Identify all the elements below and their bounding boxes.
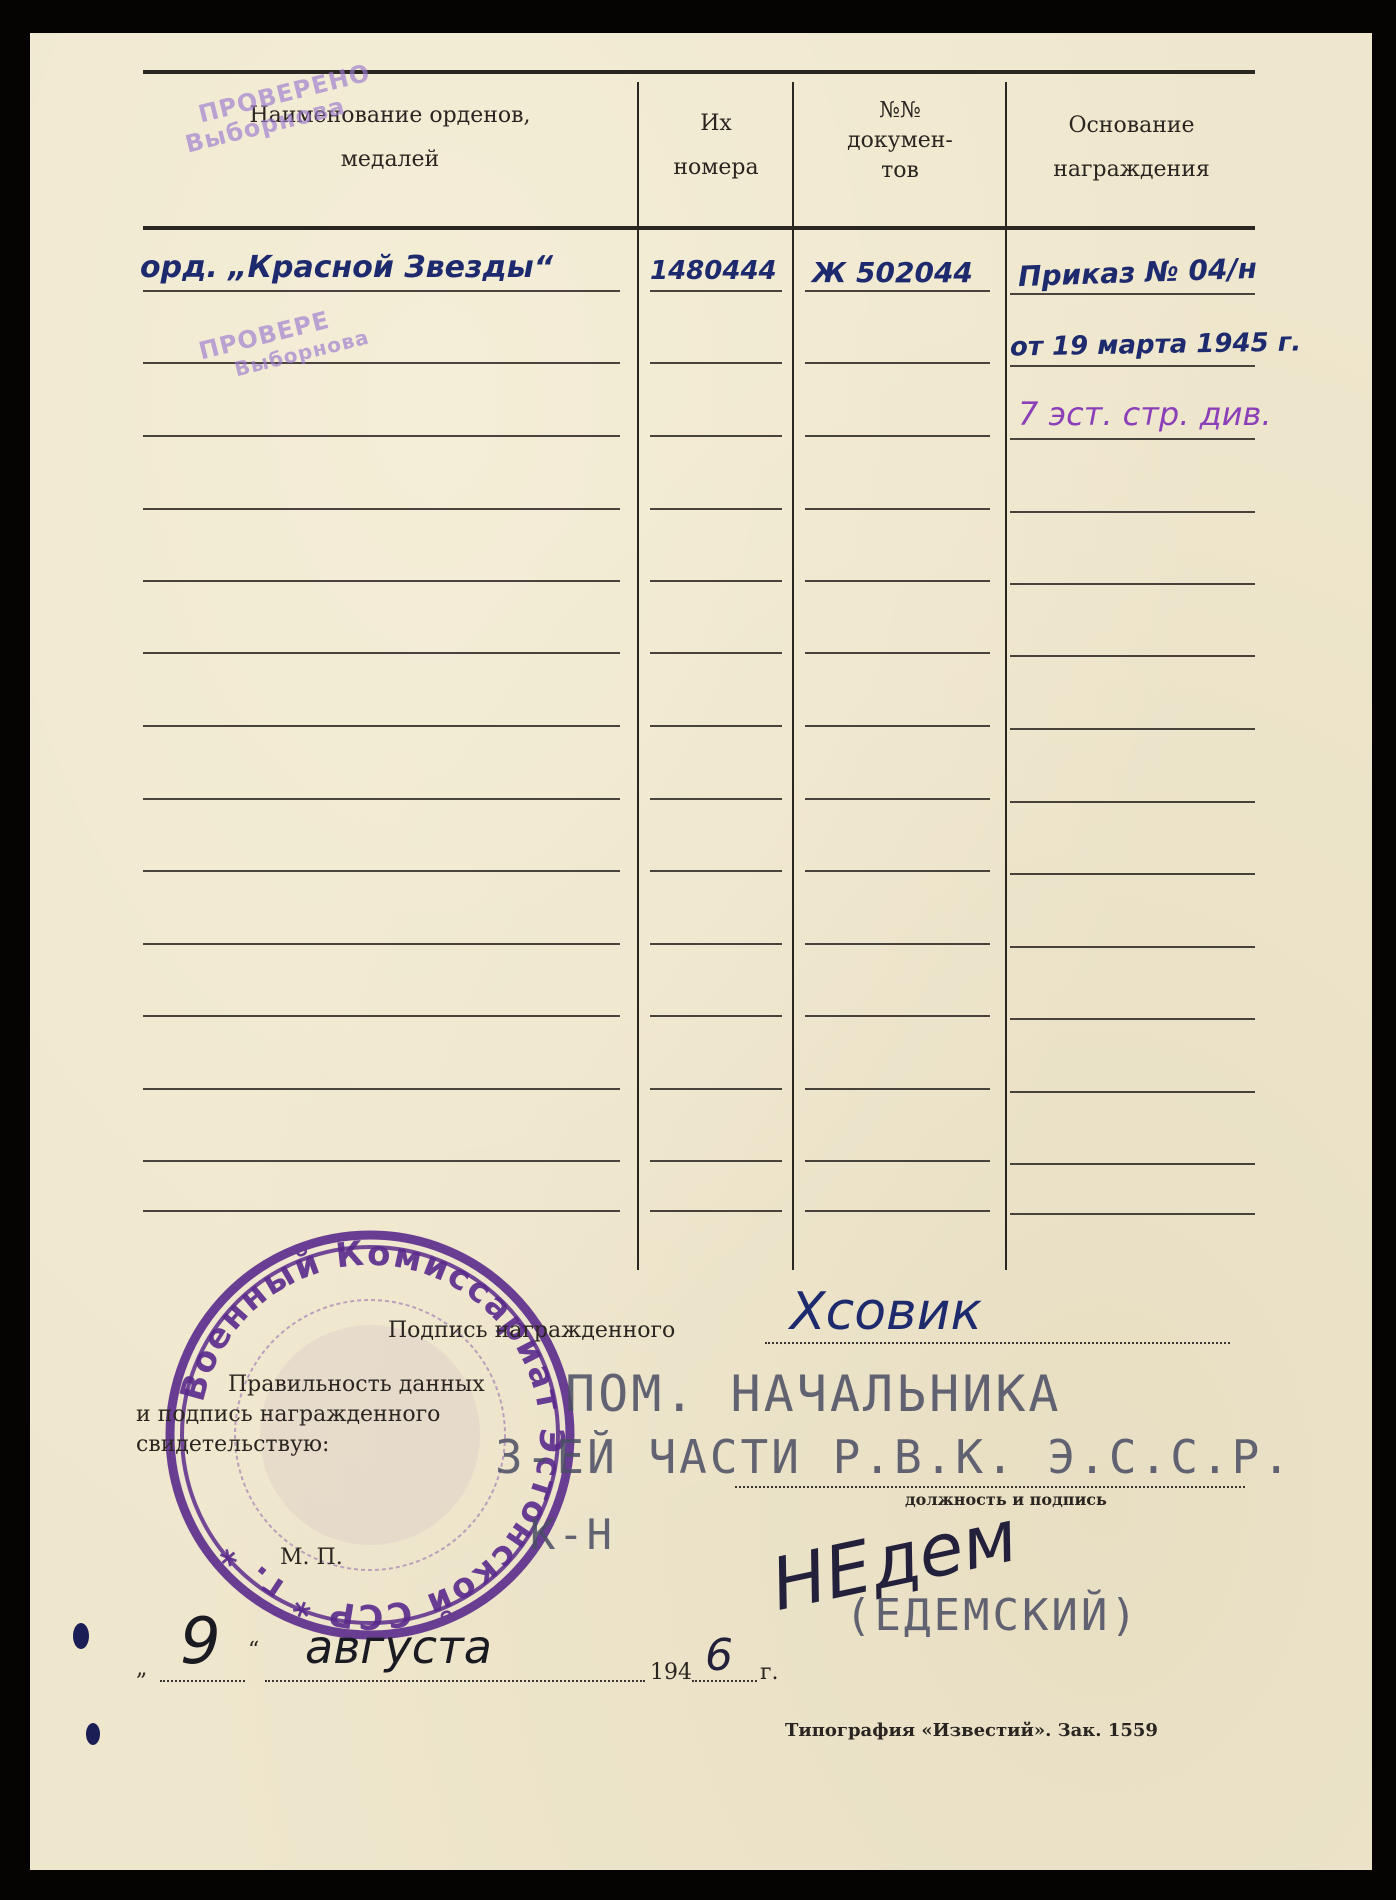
table-row-line [805,798,990,800]
table-row-line [143,1088,620,1090]
table-row-line [805,290,990,292]
table-row-line [143,870,620,872]
table-row-line [650,652,782,654]
date-year-end: г. [760,1660,779,1685]
table-row-line [1010,873,1255,875]
table-row-line [805,362,990,364]
table-row-line [1010,1163,1255,1165]
table-row-line [650,725,782,727]
table-row-line [805,870,990,872]
table-row-line [805,1210,990,1212]
table-row-line [650,943,782,945]
table-row-line [805,1088,990,1090]
date-month-line [265,1680,645,1682]
table-row-line [1010,1091,1255,1093]
table-row-line [143,580,620,582]
table-row-line [650,580,782,582]
table-row-line [650,290,782,292]
table-row-line [1010,583,1255,585]
header-award-numbers-line1: Их [640,108,792,140]
ink-blot [86,1723,100,1745]
header-award-numbers-line2: номера [640,152,792,184]
header-award-basis-line2: награждения [1008,154,1255,186]
recipient-signature-line [765,1342,1230,1344]
column-divider-1 [637,82,639,1270]
table-row-line [143,943,620,945]
table-row-line [1010,438,1255,440]
date-year-suffix: 6 [705,1630,733,1681]
date-open-quote: „ [136,1656,147,1681]
table-row-line [805,943,990,945]
recipient-signature: Хсовик [790,1282,982,1342]
table-row-line [805,1160,990,1162]
typed-official-name: (ЕДЕМСКИЙ) [845,1590,1140,1641]
recipient-signature-label: Подпись награжденного [388,1318,675,1343]
typed-rank: К-Н [530,1510,615,1559]
date-day-line [160,1680,245,1682]
table-row-line [143,1015,620,1017]
printer-imprint: Типография «Известий». Зак. 1559 [785,1720,1158,1741]
table-row-line [143,508,620,510]
certify-text-line2: и подпись награжденного [136,1402,440,1427]
table-row-line [650,1015,782,1017]
header-document-numbers-line3: тов [795,156,1005,186]
table-row-line [1010,511,1255,513]
position-signature-line [735,1486,1245,1488]
date-day: 9 [180,1605,221,1679]
table-row-line [1010,1018,1255,1020]
column-divider-2 [792,82,794,1270]
table-row-line [143,652,620,654]
table-row-line [805,1015,990,1017]
table-row-line [1010,728,1255,730]
table-row-line [650,508,782,510]
typed-position-line2: 3-ЕЙ ЧАСТИ Р.В.К. Э.С.С.Р. [495,1430,1293,1484]
table-row-line [805,508,990,510]
table-row-line [805,580,990,582]
table-row-line [650,362,782,364]
column-divider-3 [1005,82,1007,1270]
header-award-basis-line1: Основание [1008,110,1255,142]
seal-place-label: М. П. [280,1545,343,1570]
header-award-basis: Основание награждения [1008,110,1255,186]
typed-position-line1: ПОМ. НАЧАЛЬНИКА [565,1365,1062,1423]
table-row-line [1010,365,1255,367]
ink-blot [73,1623,89,1649]
certify-text-line1: Правильность данных [228,1372,485,1397]
award-basis-line2: от 19 марта 1945 г. [1010,327,1302,362]
table-row-line [1010,801,1255,803]
award-basis-line3: 7 эст. стр. див. [1018,395,1272,433]
table-row-line [805,652,990,654]
header-document-numbers: №№ докумен- тов [795,96,1005,186]
table-row-line [143,725,620,727]
award-number-cell: 1480444 [650,256,777,286]
date-close-quote: “ [248,1638,259,1663]
table-row-line [650,870,782,872]
table-row-line [805,725,990,727]
table-row-line [143,435,620,437]
date-year-prefix: 194 [650,1660,692,1685]
document-number-cell: Ж 502044 [812,256,973,289]
table-row-line [805,435,990,437]
table-row-line [143,1210,620,1212]
certify-text-line3: свидетельствую: [136,1432,329,1457]
table-row-line [1010,293,1255,295]
table-row-line [1010,1213,1255,1215]
table-row-line [650,435,782,437]
table-row-line [650,1210,782,1212]
award-name-cell: орд. „Красной Звезды“ [140,250,553,285]
table-row-line [1010,946,1255,948]
table-row-line [143,798,620,800]
table-row-line [650,798,782,800]
table-row-line [1010,655,1255,657]
date-month: августа [305,1620,492,1674]
header-document-numbers-line2: докумен- [795,126,1005,156]
table-row-line [650,1160,782,1162]
table-header-bottom-rule [143,226,1255,230]
header-document-numbers-line1: №№ [795,96,1005,126]
table-row-line [650,1088,782,1090]
header-award-numbers: Их номера [640,108,792,184]
table-row-line [143,290,620,292]
table-row-line [143,1160,620,1162]
